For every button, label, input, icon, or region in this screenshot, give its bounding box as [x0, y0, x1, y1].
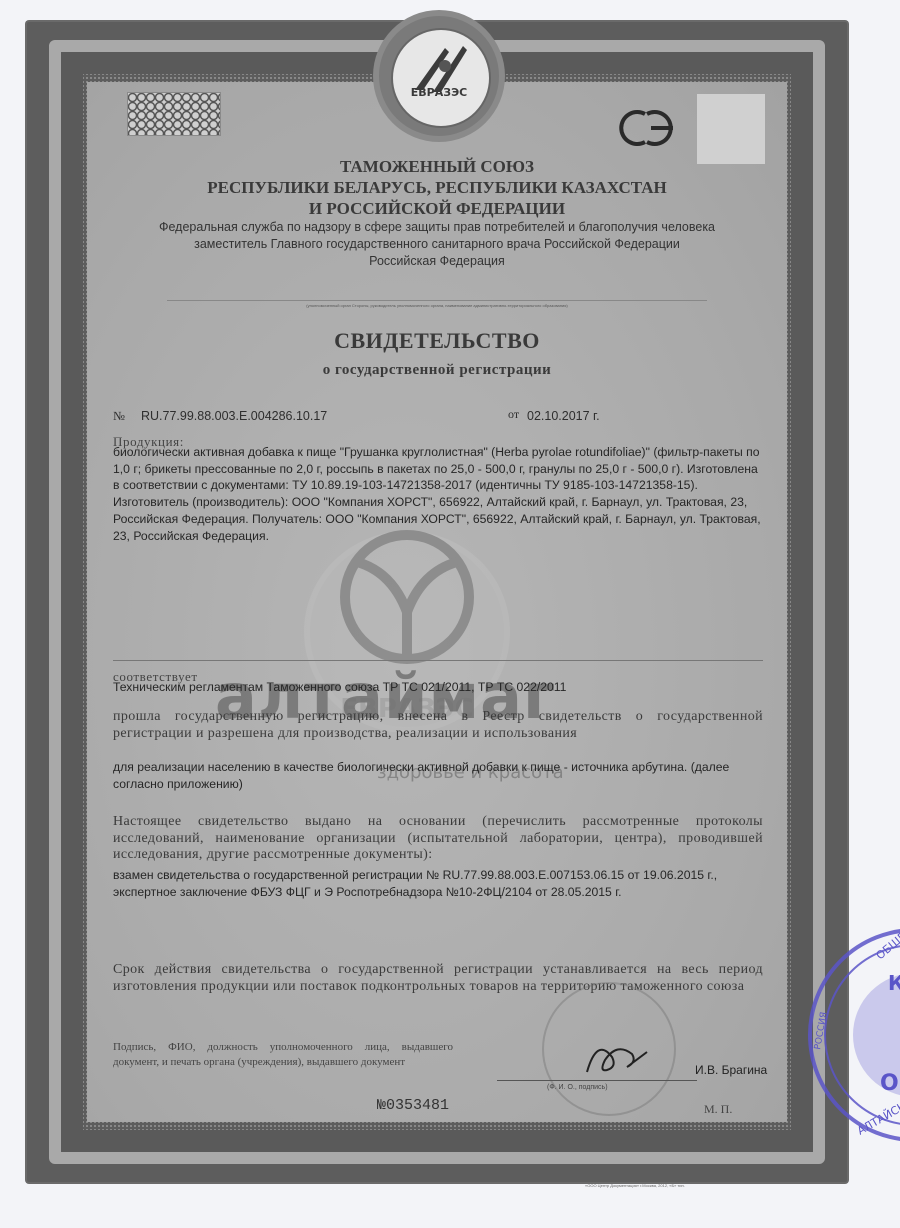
evrazes-emblem: ЕВРАЗЭС	[379, 16, 499, 136]
usage-text: для реализации населению в качестве биол…	[113, 759, 763, 792]
document-title: СВИДЕТЕЛЬСТВО	[87, 328, 787, 354]
basis-text: взамен свидетельства о государственной р…	[113, 867, 763, 900]
registry-text: прошла государственную регистрацию, внес…	[113, 709, 763, 742]
signature-icon	[577, 1032, 657, 1082]
signature-subcaption: (Ф. И. О., подпись)	[547, 1084, 608, 1091]
se-mark-icon	[615, 104, 685, 152]
reg-number: RU.77.99.88.003.Е.004286.10.17	[141, 409, 327, 423]
authority-line-3: Российская Федерация	[87, 253, 787, 270]
product-divider	[113, 660, 763, 661]
header-line-3: И РОССИЙСКОЙ ФЕДЕРАЦИИ	[87, 198, 787, 219]
svg-text:ОР: ОР	[880, 1071, 900, 1096]
certificate-content: ТАМОЖЕННЫЙ СОЮЗ РЕСПУБЛИКИ БЕЛАРУСЬ, РЕС…	[87, 82, 787, 1122]
authority-line-2: заместитель Главного государственного са…	[87, 236, 787, 253]
signature-line	[497, 1080, 697, 1081]
certificate-paper: ЕВРАЗЭС алтаймаг здоровье и красота ТАМО…	[87, 82, 787, 1122]
authority-line-1: Федеральная служба по надзору в сфере за…	[87, 219, 787, 236]
reg-number-label: №	[113, 409, 125, 424]
hologram-placeholder	[697, 94, 765, 164]
company-stamp-icon: ОБЩЕСТВО С ОГРАН КО ОР АЛТАЙСКИЙ РОССИЯ	[800, 920, 900, 1150]
document-subtitle: о государственной регистрации	[87, 362, 787, 379]
svg-text:ОБЩЕСТВО С ОГРАН: ОБЩЕСТВО С ОГРАН	[874, 920, 900, 962]
emblem-disc	[391, 28, 491, 128]
footer-print-info: «ООО Центр Документация» г.Москва, 2012,…	[585, 1183, 685, 1188]
header-line-2: РЕСПУБЛИКИ БЕЛАРУСЬ, РЕСПУБЛИКИ КАЗАХСТА…	[87, 177, 787, 198]
product-description: биологически активная добавка к пище "Гр…	[113, 444, 763, 544]
validity-text: Срок действия свидетельства о государств…	[113, 962, 763, 995]
serial-number: №0353481	[377, 1097, 449, 1114]
stamp-place: М. П.	[704, 1102, 732, 1117]
authority-divider	[167, 300, 707, 301]
basis-label: Настоящее свидетельство выдано на основа…	[113, 814, 763, 864]
svg-text:АЛТАЙСКИЙ: АЛТАЙСКИЙ	[855, 1091, 900, 1137]
reg-date-label: от	[508, 407, 519, 422]
signatory-name: И.В. Брагина	[695, 1063, 767, 1077]
authority-caption: (уполномоченный орган Стороны, руководит…	[87, 303, 787, 308]
compliance-text: Техническим регламентам Таможенного союз…	[113, 679, 763, 696]
reg-date: 02.10.2017 г.	[527, 409, 600, 423]
issuer-header: ТАМОЖЕННЫЙ СОЮЗ РЕСПУБЛИКИ БЕЛАРУСЬ, РЕС…	[87, 156, 787, 270]
emblem-label: ЕВРАЗЭС	[379, 86, 499, 99]
svg-text:КО: КО	[888, 971, 900, 995]
svg-text:РОССИЯ: РОССИЯ	[813, 1011, 829, 1050]
header-line-1: ТАМОЖЕННЫЙ СОЮЗ	[87, 156, 787, 177]
signature-caption: Подпись, ФИО, должность уполномоченного …	[113, 1040, 453, 1070]
security-pattern	[127, 92, 221, 136]
